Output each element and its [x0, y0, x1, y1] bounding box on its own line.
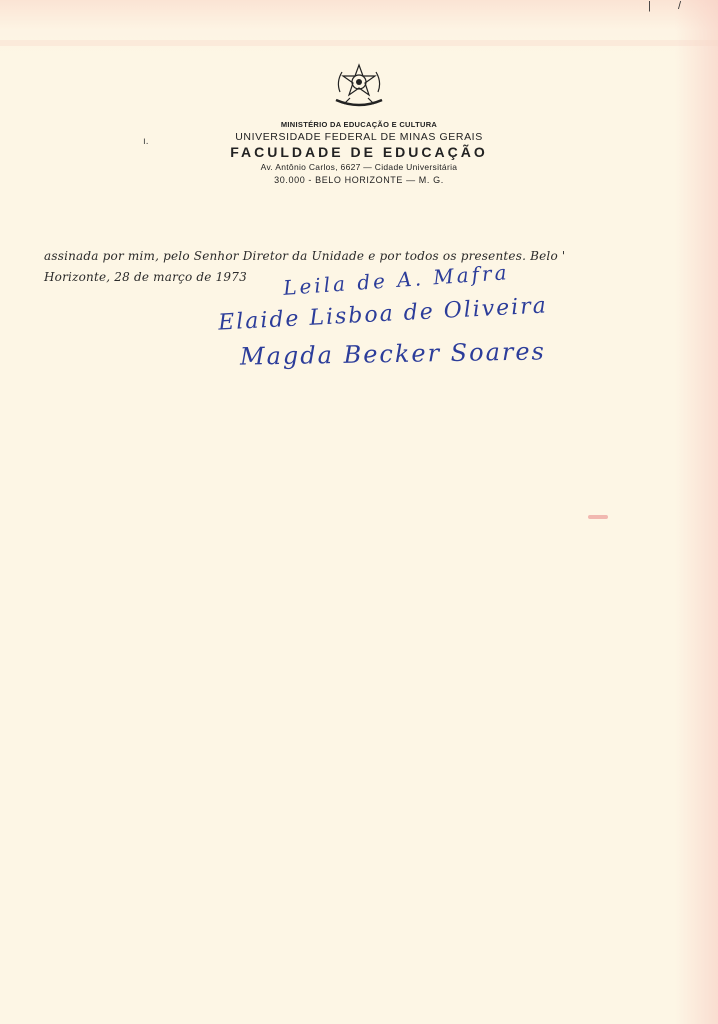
body-line-1: assinada por mim, pelo Senhor Diretor da…	[44, 246, 684, 267]
margin-mark: |	[648, 0, 651, 12]
brazil-coat-of-arms-icon	[330, 62, 388, 114]
paper-crease	[0, 40, 718, 46]
letterhead: MINISTÉRIO DA EDUCAÇÃO E CULTURA UNIVERS…	[0, 62, 718, 185]
signature-3: Magda Becker Soares	[240, 337, 546, 370]
ink-smudge	[588, 515, 608, 519]
university-line: UNIVERSIDADE FEDERAL DE MINAS GERAIS	[0, 131, 718, 143]
address-line: Av. Antônio Carlos, 6627 — Cidade Univer…	[0, 162, 718, 172]
city-line: 30.000 - BELO HORIZONTE — M. G.	[0, 175, 718, 185]
faculty-title: FACULDADE DE EDUCAÇÃO	[0, 144, 718, 160]
ministry-line: MINISTÉRIO DA EDUCAÇÃO E CULTURA	[0, 120, 718, 129]
margin-mark: /	[678, 0, 681, 12]
